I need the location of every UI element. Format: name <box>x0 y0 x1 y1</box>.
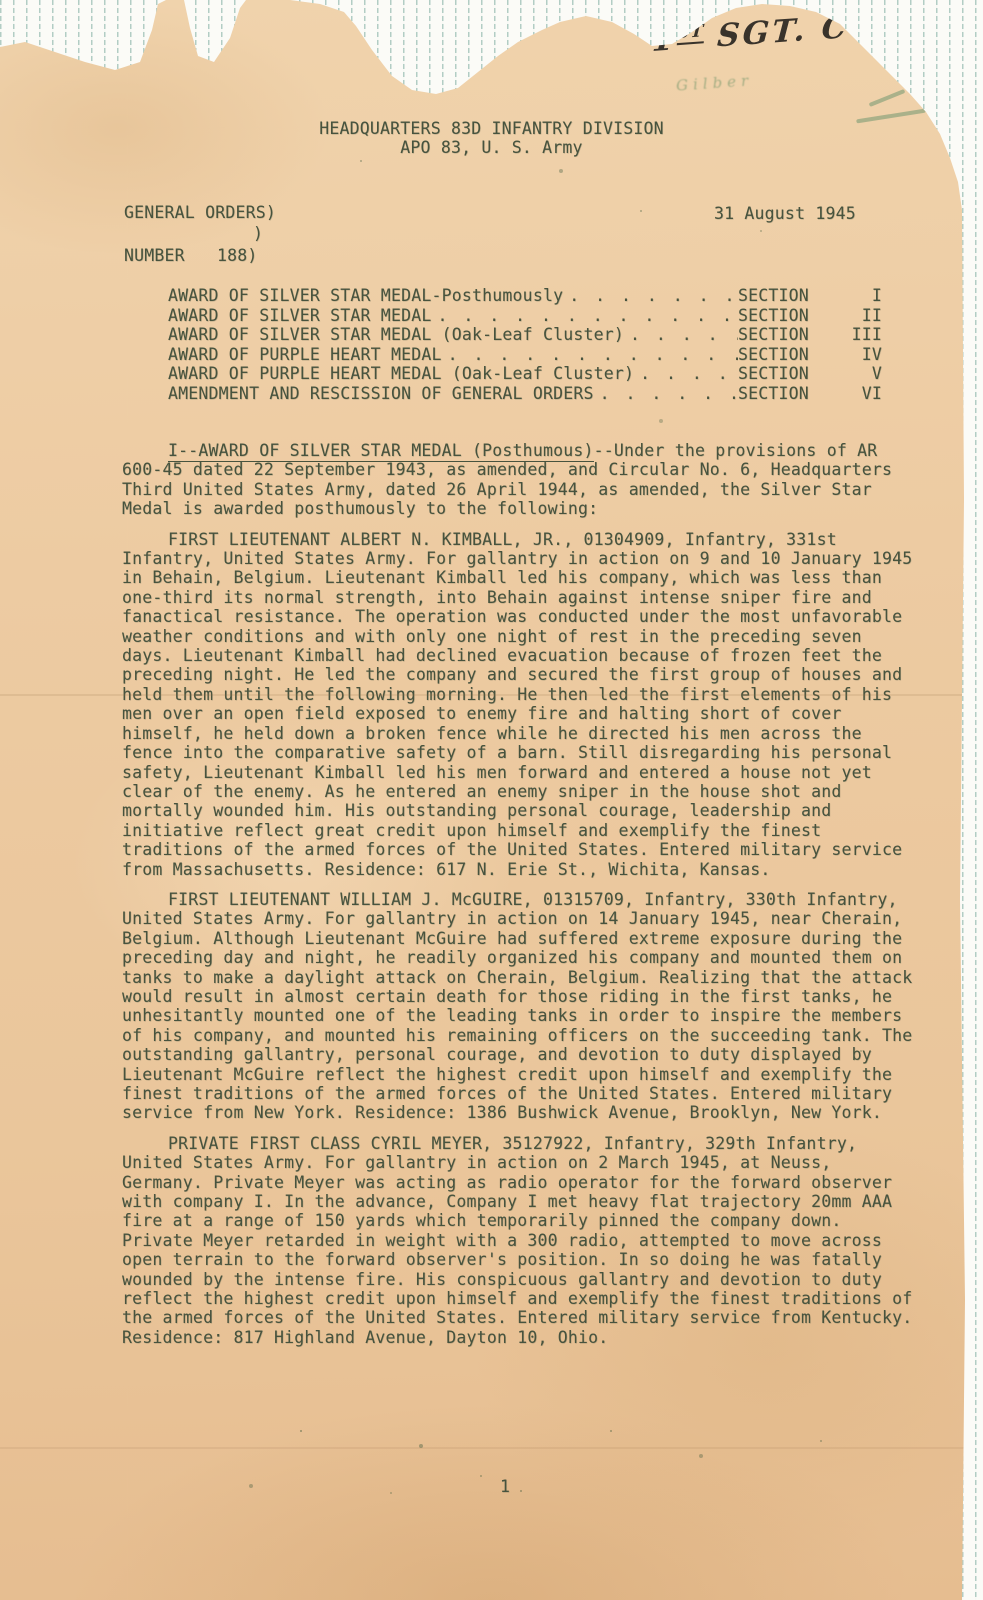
toc-section-label: SECTION <box>738 384 834 403</box>
document-page: HEADQUARTERS 83D INFANTRY DIVISION APO 8… <box>0 0 983 1600</box>
toc-section-numeral: II <box>834 306 882 325</box>
table-of-contents: AWARD OF SILVER STAR MEDAL-Posthumously … <box>168 286 882 404</box>
toc-section-numeral: III <box>834 325 882 344</box>
toc-row: AWARD OF SILVER STAR MEDAL-Posthumously … <box>168 286 882 306</box>
toc-row: AWARD OF SILVER STAR MEDAL . . . . . . .… <box>168 306 882 326</box>
orders-paren: ) <box>253 224 263 243</box>
toc-title: AWARD OF SILVER STAR MEDAL-Posthumously <box>168 286 563 305</box>
letterhead-line2: APO 83, U. S. Army <box>0 138 983 157</box>
handwritten-rest: SGT. C <box>702 9 850 55</box>
toc-dot-leader: . . . . . . . . . <box>563 286 738 305</box>
toc-dot-leader: . . . . . . . <box>594 384 738 403</box>
toc-title: AWARD OF SILVER STAR MEDAL <box>168 306 431 325</box>
ink-specks <box>300 1430 302 1432</box>
general-orders-label: GENERAL ORDERS) <box>124 203 276 222</box>
scanned-document: HEADQUARTERS 83D INFANTRY DIVISION APO 8… <box>0 0 983 1600</box>
toc-section-label: SECTION <box>738 345 834 364</box>
letterhead-line1: HEADQUARTERS 83D INFANTRY DIVISION <box>0 119 983 138</box>
toc-dot-leader: . . . . . . . . . . . . . <box>442 345 738 364</box>
letterhead: HEADQUARTERS 83D INFANTRY DIVISION APO 8… <box>0 119 983 158</box>
toc-section-label: SECTION <box>738 325 834 344</box>
handwritten-note: 1ST SGT. C <box>651 9 851 59</box>
toc-title: AWARD OF PURPLE HEART MEDAL (Oak-Leaf Cl… <box>168 364 634 383</box>
paper-crease <box>0 1447 983 1449</box>
handwritten-number: 1 <box>651 21 678 59</box>
section-1-intro-paragraph: I--AWARD OF SILVER STAR MEDAL (Posthumou… <box>122 441 914 519</box>
toc-title: AMENDMENT AND RESCISSION OF GENERAL ORDE… <box>168 384 594 403</box>
page-number: 1 <box>500 1477 510 1496</box>
toc-section-numeral: I <box>834 286 882 305</box>
toc-section-label: SECTION <box>738 286 834 305</box>
toc-row: AWARD OF SILVER STAR MEDAL (Oak-Leaf Clu… <box>168 325 882 345</box>
orders-number-label: NUMBER <box>124 246 185 265</box>
citation-kimball: FIRST LIEUTENANT ALBERT N. KIMBALL, JR.,… <box>122 530 914 879</box>
toc-row: AMENDMENT AND RESCISSION OF GENERAL ORDE… <box>168 384 882 404</box>
section-1-heading: I--AWARD OF SILVER STAR MEDAL (Posthumou… <box>168 441 594 462</box>
toc-row: AWARD OF PURPLE HEART MEDAL (Oak-Leaf Cl… <box>168 364 882 384</box>
pencil-stroke <box>869 89 906 107</box>
toc-dot-leader: . . . . . . <box>624 325 738 344</box>
toc-section-numeral: V <box>834 364 882 383</box>
toc-dot-leader: . . . . . <box>634 364 738 383</box>
toc-dot-leader: . . . . . . . . . . . . . . <box>431 306 738 325</box>
orders-date: 31 August 1945 <box>714 204 856 223</box>
toc-section-label: SECTION <box>738 306 834 325</box>
toc-section-label: SECTION <box>738 364 834 383</box>
orders-number-value: 188) <box>217 246 258 265</box>
toc-section-numeral: VI <box>834 384 882 403</box>
toc-title: AWARD OF PURPLE HEART MEDAL <box>168 345 442 364</box>
citation-meyer: PRIVATE FIRST CLASS CYRIL MEYER, 3512792… <box>122 1134 914 1347</box>
toc-row: AWARD OF PURPLE HEART MEDAL . . . . . . … <box>168 345 882 365</box>
toc-section-numeral: IV <box>834 345 882 364</box>
handwritten-ordinal: ST <box>676 21 704 45</box>
order-body: I--AWARD OF SILVER STAR MEDAL (Posthumou… <box>122 441 914 1358</box>
paper-crease <box>0 694 983 696</box>
toc-title: AWARD OF SILVER STAR MEDAL (Oak-Leaf Clu… <box>168 325 624 344</box>
pencil-note: Gilber <box>675 71 753 94</box>
citation-mcguire: FIRST LIEUTENANT WILLIAM J. McGUIRE, 013… <box>122 890 914 1123</box>
